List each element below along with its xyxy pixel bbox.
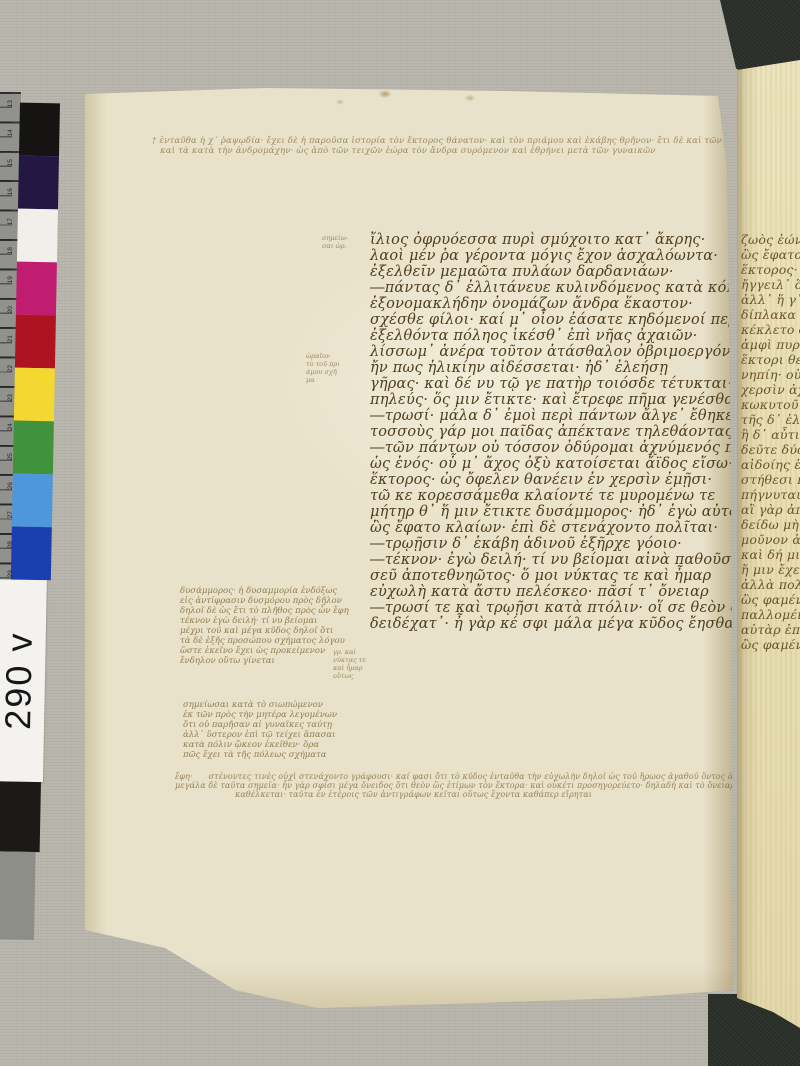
gloss-line: τὸ τοῦ πρι	[306, 360, 340, 368]
poem-line: ἤν πως ἡλικίην αἰδέσσεται· ἠδ᾽ ἐλεήσῃ	[370, 360, 768, 376]
poem-line: ἐξελθεῖν μεμαῶτα πυλάων δαρδανιάων·	[370, 264, 768, 280]
gloss-line: ὡραῖον	[306, 352, 340, 360]
facing-page-line: δείδω μὴ δή μ	[741, 517, 800, 532]
facing-page-line: αὐτὰρ ἐπεὶ πύ	[741, 622, 800, 637]
poem-line: ―πάντας δ᾽ ἐλλιτάνευε κυλινδόμενος κατὰ …	[370, 280, 768, 296]
scholion-line: τέκνον ἐγὼ δειλή· τί νυ βείομαι	[180, 616, 372, 626]
ruler-number: 17	[0, 214, 25, 235]
scholion-line: ἀλλ᾽ ὕστερον ἐπὶ τῷ τείχει ἅπασαι	[183, 730, 348, 740]
poem-line: λαοὶ μέν ῥα γέροντα μόγις ἔχον ἀσχαλόωντ…	[370, 248, 768, 264]
scholion-line: δυσάμμορος· ἡ δυσαμμορία ἐνδόξως	[180, 586, 372, 596]
gloss-line: άμου σχῆ	[306, 368, 340, 376]
gloss-line: σημείω-	[322, 234, 348, 242]
facing-page-line: δίπλακα πορ	[741, 307, 800, 322]
footer-scholion-line: μεγάλα δὲ ταῦτα σημεῖα· ἦν γὰρ σφίσι μέγ…	[175, 781, 735, 790]
facing-page-line: ἣ δ᾽ αὖτις δμ	[741, 427, 800, 442]
ruler-number: 20	[0, 302, 25, 323]
facing-page-line: μοῦνον ἀποτ	[741, 532, 800, 547]
poem-line: πηλεύς· ὅς μιν ἔτικτε· καὶ ἔτρεφε πῆμα γ…	[370, 392, 768, 408]
footer-scholion-line: ἔφη· στένοντες τινὲς οὐχὶ στενάχοντο γρά…	[175, 772, 735, 781]
scholion-line: ὅτι οὐ παρῆσαν αἱ γυναῖκες ταύτῃ	[183, 720, 348, 730]
facing-page-line: παλλομένη κρ	[741, 607, 800, 622]
scholion-line: σημείωσαι κατὰ τὸ σιωπώμενον	[183, 700, 348, 710]
poem-line: λίσσωμ᾽ ἀνέρα τοῦτον ἀτάσθαλον ὀβριμοεργ…	[370, 344, 768, 360]
header-annotation-line: † ἐνταῦθα ἡ χ΄ ῥαψῳδία· ἔχει δὲ ἡ παροῦσ…	[152, 136, 727, 146]
facing-page-line: ἀλλὰ πολὺ πρ	[741, 577, 800, 592]
poem-line: τοσσοὺς γάρ μοι παῖδας ἀπέκτανε τηλεθάον…	[370, 424, 768, 440]
facing-page-line: κέκλετο δ᾽ ἀμ	[741, 322, 800, 337]
ruler-number: 16	[0, 184, 25, 205]
poem-line: σεῦ ἀποτεθνηῶτος· ὅ μοι νύκτας τε καὶ ἦμ…	[370, 568, 768, 584]
scholion-line: ὥστε ἐκεῖνο ἔχει ὡς προκείμενον	[180, 646, 372, 656]
facing-page-line: νηπίη· οὐδ᾽ ἐ	[741, 367, 800, 382]
gloss-line: οὕτως	[333, 672, 366, 680]
poem-line: εὐχωλὴ κατὰ ἄστυ πελέσκεο· πᾶσί τ᾽ ὄνεια…	[370, 584, 768, 600]
scholion-line: τὰ δὲ ἑξῆς προσώπου σχήματος λόγου	[180, 636, 372, 646]
poem-line: ὣς ἔφατο κλαίων· ἐπὶ δὲ στενάχοντο πολῖτ…	[370, 520, 768, 536]
footer-scholion-line: καθέλκεται· ταῦτα ἐν ἑτέροις τῶν ἀντιγρά…	[175, 790, 735, 799]
ruler-number: 21	[0, 331, 25, 352]
scholion-line: δηλοῖ δὲ ὡς ἔτι τὸ πλῆθος πρὸς ὧν ἔφη	[180, 606, 372, 616]
ruler-number: 23	[0, 390, 25, 411]
poem-line: ἕκτορος· ὡς ὄφελεν θανέειν ἐν χερσὶν ἐμῇ…	[370, 472, 768, 488]
gloss-line: σαι ὡρ.	[322, 242, 348, 250]
folio-label-card: 290 v	[0, 579, 47, 782]
facing-page-line: δεῦτε δύω μο	[741, 442, 800, 457]
poem-line: ―τῶν πάντων οὐ τόσσον ὀδύρομαι ἀχνύμενός…	[370, 440, 768, 456]
scholion-line: κατὰ πόλιν ᾤκεον ἐκεῖθεν· ὅρα	[183, 740, 348, 750]
scholion-line: πῶς ἔχει τὰ τῆς πόλεως σχήματα	[183, 750, 348, 760]
poem-line: ἐξελθόντα πόληος ἱκέσθ᾽ ἐπὶ νῆας ἀχαιῶν·	[370, 328, 768, 344]
poem-line: τῶ κε κορεσσάμεθα κλαίοντέ τε μυρομένω τ…	[370, 488, 768, 504]
facing-page-line: ἕκτορος· οὐ	[741, 262, 800, 277]
scholion-line: ἐκ τῶν πρὸς τὴν μητέρα λεγομένων	[183, 710, 348, 720]
ruler-numbers: 1314151617181920212223242526272829	[0, 92, 21, 592]
facing-page-line: ἀμφὶ πυρὶ στ	[741, 337, 800, 352]
facing-page-line: τῆς δ᾽ ἐλελίχ	[741, 412, 800, 427]
ruler-number: 22	[0, 361, 25, 382]
scholion-line: μέχρι τοῦ καὶ μέγα κῦδος δηλοῖ ὅτι	[180, 626, 372, 636]
manuscript-page: † ἐνταῦθα ἡ χ΄ ῥαψῳδία· ἔχει δὲ ἡ παροῦσ…	[85, 88, 733, 1010]
facing-page-line: χερσὶν ἀχιλλ	[741, 382, 800, 397]
facing-page-line: στήθεσι πάλλ	[741, 472, 800, 487]
facing-page-line: πήγνυται· ἐγ	[741, 487, 800, 502]
ruler-number: 25	[0, 449, 25, 470]
left-margin-scholia-block-2: σημείωσαι κατὰ τὸ σιωπώμενονἐκ τῶν πρὸς …	[183, 700, 348, 760]
poem-line: δειδέχατ᾽· ἦ γὰρ κέ σφι μάλα μέγα κῦδος …	[370, 616, 768, 632]
poem-line: ὡς ἑνός· οὗ μ᾽ ἄχος ὀξὺ κατοίσεται ἄϊδος…	[370, 456, 768, 472]
folio-number: 290 v	[0, 631, 41, 730]
scholion-line: εἰς ἀντίφρασιν δυσμόρου πρὸς δῆλον	[180, 596, 372, 606]
header-annotation-line: καὶ τὰ κατὰ τὴν ἀνδρομάχην· ὡς ἀπὸ τῶν τ…	[152, 146, 727, 156]
facing-page-line: ὣς φαμένη με	[741, 592, 800, 607]
poem-line: σχέσθε φίλοι· καί μ᾽ οἶον ἐάσατε κηδόμεν…	[370, 312, 768, 328]
ruler: 1314151617181920212223242526272829	[0, 92, 21, 592]
ruler-number: 15	[0, 155, 25, 176]
poem-line: ἐξονομακλήδην ὀνομάζων ἄνδρα ἕκαστον·	[370, 296, 768, 312]
ruler-number: 18	[0, 243, 25, 264]
poem-line: ―τρωσί τε καὶ τρῳῇσι κατὰ πτόλιν· οἵ σε …	[370, 600, 768, 616]
facing-page-line: ἥ μιν ἔχεσκ᾽ ἐ	[741, 562, 800, 577]
color-patch-black	[0, 781, 41, 852]
facing-page-line: ἀλλ᾽ ἥ γ᾽ ἱστὸ	[741, 292, 800, 307]
footer-scholia: ἔφη· στένοντες τινὲς οὐχὶ στενάχοντο γρά…	[175, 772, 735, 799]
ruler-number: 26	[0, 478, 25, 499]
manuscript-photo: ζωὸς ἐών· νὣς ἔφατο κλἕκτορος· οὐἤγγειλ᾽…	[0, 0, 800, 1066]
lower-patches	[4, 781, 47, 940]
ruler-number: 24	[0, 419, 25, 440]
ruler-number: 13	[0, 96, 25, 117]
facing-page-line: ἕκτορι θερμὰ	[741, 352, 800, 367]
ruler-number: 28	[0, 537, 25, 558]
poem-line: ―τρῳῇσιν δ᾽ ἑκάβη ἁδινοῦ ἐξῆρχε γόοιο·	[370, 536, 768, 552]
ruler-number: 19	[0, 273, 25, 294]
facing-page-line: ὣς ἔφατο κλ	[741, 247, 800, 262]
poem-line: ―τέκνον· ἐγὼ δειλή· τί νυ βείομαι αἰνὰ π…	[370, 552, 768, 568]
ruler-number: 27	[0, 508, 25, 529]
facing-page-line: αἰδοίης ἑκυρ	[741, 457, 800, 472]
poem-line: μήτηρ θ᾽ ἥ μιν ἔτικτε δυσάμμορος· ἠδ᾽ ἐγ…	[370, 504, 768, 520]
marginal-gloss-top: σημείω-σαι ὡρ.	[322, 234, 348, 250]
main-text-block: ἴλιος ὀφρυόεσσα πυρὶ σμύχοιτο κατ᾽ ἄκρης…	[370, 232, 768, 632]
facing-page-line: αἲ γὰρ ἀπ᾽ οὔ	[741, 502, 800, 517]
color-patch-gray	[0, 851, 36, 940]
facing-page-text: ζωὸς ἐών· νὣς ἔφατο κλἕκτορος· οὐἤγγειλ᾽…	[741, 232, 800, 652]
header-annotation: † ἐνταῦθα ἡ χ΄ ῥαψῳδία· ἔχει δὲ ἡ παροῦσ…	[152, 136, 727, 156]
ruler-number: 29	[0, 566, 25, 587]
ruler-number: 14	[0, 126, 25, 147]
marginal-gloss-mid: ὡραῖοντὸ τοῦ πριάμου σχῆμα	[306, 352, 340, 384]
poem-line: ἴλιος ὀφρυόεσσα πυρὶ σμύχοιτο κατ᾽ ἄκρης…	[370, 232, 768, 248]
poem-line: ―τρωσί· μάλα δ᾽ ἐμοὶ περὶ πάντων ἄλγε᾽ ἔ…	[370, 408, 768, 424]
facing-page-line: ζωὸς ἐών· ν	[741, 232, 800, 247]
facing-page-fore-edge: ζωὸς ἐών· νὣς ἔφατο κλἕκτορος· οὐἤγγειλ᾽…	[735, 60, 800, 1032]
facing-page-line: κωκυτοῦ δ᾽ ἤ	[741, 397, 800, 412]
scholion-line: ἔνδηλον οὕτω γίνεται	[180, 656, 372, 666]
poem-line: γῆρας· καὶ δέ νυ τῷ γε πατὴρ τοιόσδε τέτ…	[370, 376, 768, 392]
page-corner-curl	[85, 888, 255, 1010]
facing-page-line: καὶ δή μιν κατ	[741, 547, 800, 562]
left-margin-scholia-block-1: δυσάμμορος· ἡ δυσαμμορία ἐνδόξωςεἰς ἀντί…	[180, 586, 372, 666]
gloss-line: μα	[306, 376, 340, 384]
facing-page-line: ὣς φαμένη δι	[741, 637, 800, 652]
facing-page-line: ἤγγειλ᾽ ὅττι	[741, 277, 800, 292]
